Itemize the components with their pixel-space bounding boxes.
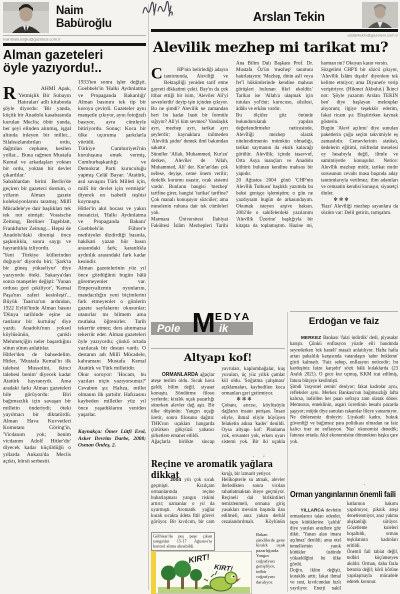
- recine-body-wrap: 2004 yılı çok sıcak geçmişti. Kızılçam o…: [151, 471, 285, 530]
- recine-side-note: Bakan şimdilerde gene kiralık uçak pazar…: [256, 532, 285, 585]
- drop-cap: R: [3, 86, 18, 101]
- logo-m-letter: M: [192, 309, 215, 337]
- newspaper-page: Naim Babüroğlu naimbaburoglu@gazetesi.co…: [0, 0, 400, 594]
- recine-caption-box: Gölhisar'da peş peşe çıkan yangınlar 15-…: [151, 532, 215, 551]
- erdogan-body-wrap: MERKEZ Bankası 'faizi indirdik' dedi, pi…: [290, 329, 398, 478]
- orman-lead: YILLARCA: [301, 507, 326, 513]
- orman-headline: Orman yangınlarının önemli faili: [290, 489, 400, 499]
- author-photo-arslan: [362, 2, 398, 28]
- column-divider-left: [148, 4, 149, 590]
- section-rule: [290, 311, 398, 312]
- orman-body: devletin ormanlarını talan edenler, tapu…: [290, 502, 398, 592]
- header-black-bar: [3, 43, 146, 46]
- altyapi-source: Sözcü: [274, 456, 285, 457]
- altyapi-headline: Altyapı kof!: [151, 352, 285, 364]
- right-article-body: HP'nin belirlediği adayın tanıtımında, A…: [151, 61, 398, 229]
- erdogan-attribution: Taha AKYOLKarar: [290, 479, 398, 485]
- kaynakca: Kaynakça: Ömer Lütfi Erol, Asker Devrim …: [78, 429, 146, 449]
- section-rule: [151, 348, 285, 349]
- right-article-headline: Alevilik mezhep mi tarikat mı?: [153, 41, 398, 56]
- altyapi-body-wrap: ORMANLARDA ağaçlar ateşe teslim oldu. Sı…: [151, 366, 285, 450]
- left-article: Naim Babüroğlu naimbaburoglu@gazetesi.co…: [3, 2, 146, 592]
- logo-edya-text: EDYA: [215, 311, 251, 323]
- header-rule: [3, 35, 146, 36]
- altyapi-lead: ORMANLARDA: [162, 372, 200, 378]
- erdogan-lead: MERKEZ: [301, 335, 323, 341]
- cartoon-yellow-strip: [151, 551, 156, 594]
- author-photo-naim: [3, 2, 49, 33]
- altyapi-author: Necati DOĞRU: [240, 456, 272, 457]
- erdogan-source: Karar: [388, 484, 398, 485]
- logo-ik-text: ik: [219, 323, 228, 335]
- author-email-wrap: arslantekin@gazetesi.com.tr: [278, 33, 398, 38]
- author-email: arslantekin@gazetesi.com.tr: [278, 33, 398, 38]
- drop-cap: C: [151, 67, 164, 81]
- recine-caption: Gölhisar'da peş peşe çıkan yangınlar 15-…: [152, 533, 213, 549]
- left-article-body-wrap: RAHMİ Apak, 'Yetmişlik Bir Subayın Hatır…: [3, 79, 146, 592]
- author-name-arslan: Arslan Tekin: [253, 10, 325, 24]
- header-black-bar: [151, 29, 398, 32]
- author-name-first: Naim: [56, 5, 83, 17]
- recine-lead: 2004: [170, 477, 184, 483]
- forest-cartoon: KIRT! KIRT!: [151, 551, 252, 594]
- logo-pole-text: Pole: [157, 323, 180, 335]
- column-divider-right: [287, 312, 288, 592]
- erdogan-headline: Erdoğan ve faiz: [290, 316, 398, 327]
- altyapi-body: ağaçlar ateşe teslim oldu. Sıcak hava ge…: [151, 366, 285, 445]
- left-article-body: AHMİ Apak, 'Yetmişlik Bir Subayın Hatıra…: [3, 79, 146, 464]
- altyapi-attribution: Necati DOĞRUSözcü: [151, 451, 285, 457]
- erdogan-body: Bankası 'faizi indirdik' dedi, piyasalar…: [290, 335, 398, 444]
- recine-side-note-wrap: Bakan şimdilerde gene kiralık uçak pazar…: [256, 532, 285, 594]
- right-article: Arslan Tekin arslantekin@gazetesi.com.tr…: [151, 2, 398, 310]
- author-email: naimbaburoglu@gazetesi.com.tr: [3, 37, 146, 42]
- left-article-headline: Alman gazeteleri öyle yazıyordu!..: [3, 49, 146, 74]
- orman-body-wrap: YILLARCA devletin ormanlarını talan eden…: [290, 501, 398, 592]
- erdogan-author: Taha AKYOL: [359, 484, 386, 485]
- author-email-wrap: naimbaburoglu@gazetesi.com.tr: [3, 37, 146, 42]
- right-article-body-wrap: CHP'nin belirlediği adayın tanıtımında, …: [151, 60, 398, 310]
- author-name-last: Babüroğlu: [56, 18, 112, 30]
- polemik-medya-logo: Pole M EDYA ik: [151, 309, 285, 346]
